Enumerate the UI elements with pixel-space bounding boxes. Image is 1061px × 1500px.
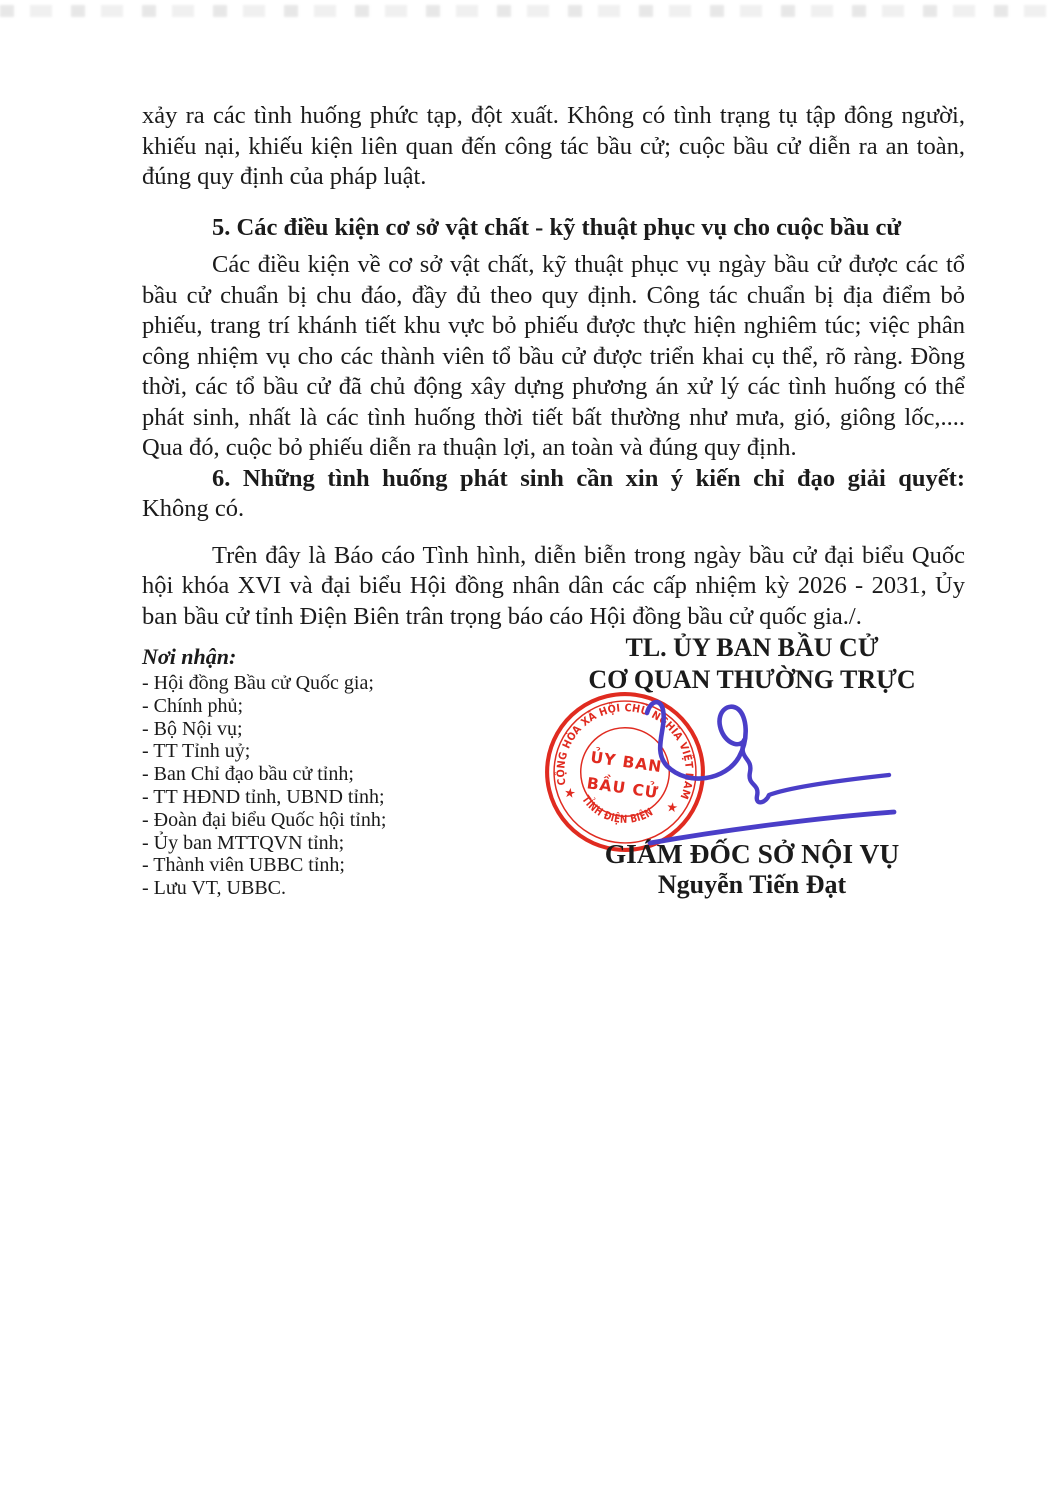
star-icon: ★ — [665, 800, 679, 816]
authority-line1: TL. ỦY BAN BẦU CỬ — [528, 632, 976, 664]
recipient-item: - Chính phủ; — [142, 695, 472, 718]
stamp-center-line2: BẦU CỬ — [586, 771, 661, 802]
signature-zigzag-stroke — [743, 740, 889, 802]
recipient-item: - Lưu VT, UBBC. — [142, 877, 472, 900]
recipient-item: - Ủy ban MTTQVN tỉnh; — [142, 832, 472, 855]
recipient-item: - Đoàn đại biểu Quốc hội tỉnh; — [142, 809, 472, 832]
recipient-item: - TT Tỉnh uỷ; — [142, 740, 472, 763]
section5-heading: 5. Các điều kiện cơ sở vật chất - kỹ thu… — [142, 213, 965, 244]
stamp-seal-graphic: CỘNG HÒA XÃ HỘI CHỦ NGHĨA VIỆT NAM TỈNH … — [532, 679, 717, 864]
star-icon: ★ — [563, 786, 577, 802]
recipients-block: Nơi nhận: - Hội đồng Bầu cử Quốc gia; - … — [142, 644, 472, 900]
scan-noise-strip — [0, 5, 1061, 17]
recipients-label: Nơi nhận: — [142, 644, 472, 670]
closing-paragraph: Trên đây là Báo cáo Tình hình, diễn biễn… — [142, 541, 965, 633]
section6-heading: 6. Những tình huống phát sinh cần xin ý … — [142, 464, 965, 495]
recipient-item: - Ban Chỉ đạo bầu cử tỉnh; — [142, 763, 472, 786]
section6-body: Không có. — [142, 494, 965, 525]
document-body: xảy ra các tình huống phức tạp, đột xuất… — [142, 101, 965, 632]
signer-name: Nguyễn Tiến Đạt — [528, 869, 976, 900]
recipient-item: - Thành viên UBBC tỉnh; — [142, 854, 472, 877]
stamp-center-line1: ỦY BAN — [589, 745, 663, 776]
paragraph-continuation: xảy ra các tình huống phức tạp, đột xuất… — [142, 101, 965, 193]
recipient-item: - TT HĐND tỉnh, UBND tỉnh; — [142, 786, 472, 809]
signer-title: GIÁM ĐỐC SỞ NỘI VỤ — [528, 838, 976, 869]
official-stamp: CỘNG HÒA XÃ HỘI CHỦ NGHĨA VIỆT NAM TỈNH … — [532, 679, 717, 864]
document-page: xảy ra các tình huống phức tạp, đột xuất… — [0, 0, 1061, 1500]
signer-block: GIÁM ĐỐC SỞ NỘI VỤ Nguyễn Tiến Đạt — [528, 838, 976, 900]
recipient-item: - Bộ Nội vụ; — [142, 718, 472, 741]
recipient-item: - Hội đồng Bầu cử Quốc gia; — [142, 672, 472, 695]
section5-body: Các điều kiện về cơ sở vật chất, kỹ thuậ… — [142, 250, 965, 464]
